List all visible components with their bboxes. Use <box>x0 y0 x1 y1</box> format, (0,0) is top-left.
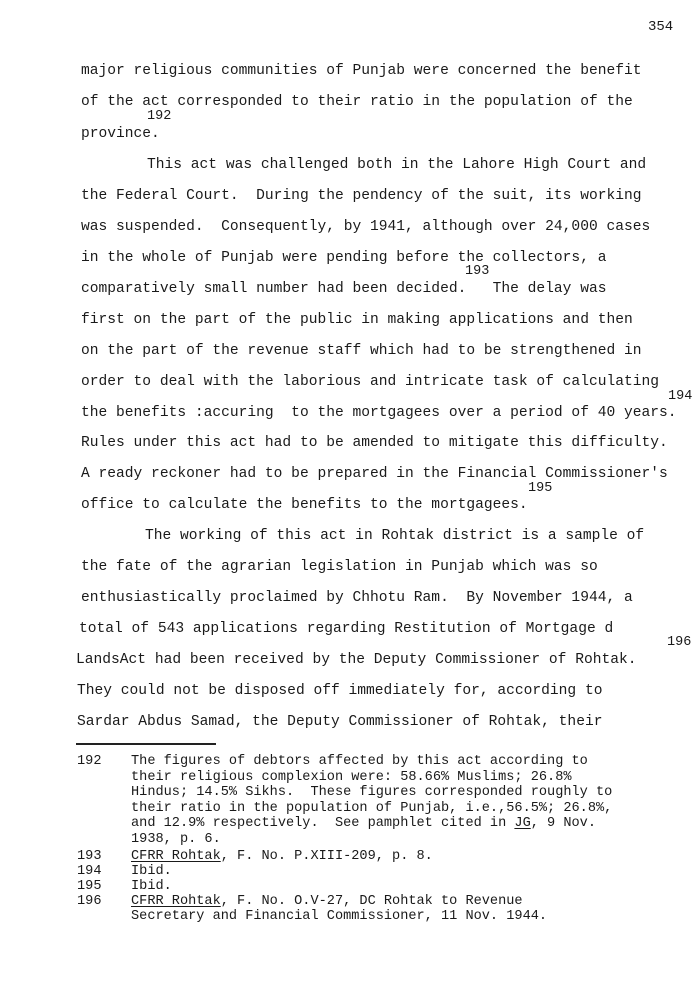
body-line: of the act corresponded to their ratio i… <box>81 94 633 110</box>
body-line: A ready reckoner had to be prepared in t… <box>81 466 668 482</box>
body-line: on the part of the revenue staff which h… <box>81 343 642 359</box>
footnote-line: CFRR Rohtak, F. No. O.V-27, DC Rohtak to… <box>131 894 523 909</box>
footnote-ref-195: 195 <box>528 482 552 496</box>
body-line: the Federal Court. During the pendency o… <box>81 188 642 204</box>
body-line: LandsAct had been received by the Deputy… <box>76 652 637 668</box>
footnote-line: Ibid. <box>131 879 172 894</box>
body-line: enthusiastically proclaimed by Chhotu Ra… <box>81 590 633 606</box>
footnote-number: 194 <box>77 864 101 879</box>
body-line: total of 543 applications regarding Rest… <box>79 621 613 637</box>
body-line: The working of this act in Rohtak distri… <box>145 528 644 544</box>
footnote-line: and 12.9% respectively. See pamphlet cit… <box>131 816 596 831</box>
footnote-number: 196 <box>77 894 101 909</box>
body-line: was suspended. Consequently, by 1941, al… <box>81 219 650 235</box>
body-line: They could not be disposed off immediate… <box>77 683 602 699</box>
footnote-divider <box>76 743 216 745</box>
footnote-line: The figures of debtors affected by this … <box>131 754 588 769</box>
footnote-ref-192: 192 <box>147 110 171 124</box>
footnote-line: their ratio in the population of Punjab,… <box>131 801 612 816</box>
footnote-text: , F. No. O.V-27, DC Rohtak to Revenue <box>221 894 523 909</box>
footnote-ref-193: 193 <box>465 265 489 279</box>
body-line: order to deal with the laborious and int… <box>81 374 659 390</box>
footnote-line: 1938, p. 6. <box>131 832 221 847</box>
body-line: in the whole of Punjab were pending befo… <box>81 250 606 266</box>
footnote-number: 192 <box>77 754 101 769</box>
footnote-ref-196: 196 <box>667 636 691 650</box>
source-abbrev-jg: JG <box>514 816 530 831</box>
body-line: Sardar Abdus Samad, the Deputy Commissio… <box>77 714 602 730</box>
source-abbrev-cfrr: CFRR Rohtak <box>131 894 221 909</box>
footnote-text: , F. No. P.XIII-209, p. 8. <box>221 849 433 864</box>
source-abbrev-cfrr: CFRR Rohtak <box>131 849 221 864</box>
body-line: first on the part of the public in makin… <box>81 312 633 328</box>
body-line: This act was challenged both in the Laho… <box>147 157 646 173</box>
footnote-text: , 9 Nov. <box>531 816 596 831</box>
body-line: comparatively small number had been deci… <box>81 281 606 297</box>
footnote-number: 193 <box>77 849 101 864</box>
body-line: province. <box>81 126 160 142</box>
footnote-line: their religious complexion were: 58.66% … <box>131 770 572 785</box>
footnote-line: Hindus; 14.5% Sikhs. These figures corre… <box>131 785 612 800</box>
footnote-line: CFRR Rohtak, F. No. P.XIII-209, p. 8. <box>131 849 433 864</box>
body-line: office to calculate the benefits to the … <box>81 497 528 513</box>
footnote-line: Ibid. <box>131 864 172 879</box>
body-line: Rules under this act had to be amended t… <box>81 435 668 451</box>
page-number: 354 <box>648 19 673 35</box>
body-line: major religious communities of Punjab we… <box>81 63 642 79</box>
footnote-number: 195 <box>77 879 101 894</box>
body-line: the fate of the agrarian legislation in … <box>81 559 598 575</box>
body-line: the benefits :accuring to the mortgagees… <box>81 405 677 421</box>
footnote-text: and 12.9% respectively. See pamphlet cit… <box>131 816 514 831</box>
footnote-ref-194: 194 <box>668 390 692 404</box>
footnote-line: Secretary and Financial Commissioner, 11… <box>131 909 547 924</box>
